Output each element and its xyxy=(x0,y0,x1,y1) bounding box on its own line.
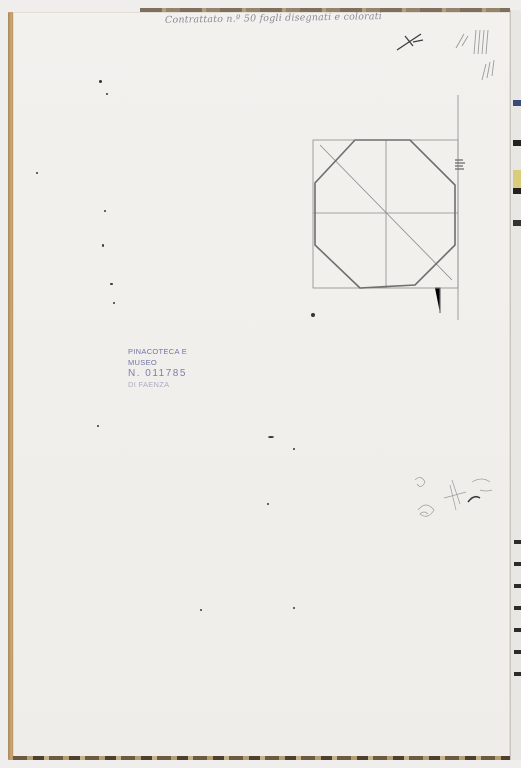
ink-speck xyxy=(113,302,115,304)
ink-speck xyxy=(97,425,99,427)
ink-speck xyxy=(36,172,38,174)
pencil-doodles xyxy=(410,470,510,530)
ink-speck xyxy=(99,80,102,83)
ink-speck xyxy=(267,503,269,505)
ink-speck xyxy=(268,436,274,438)
adjacent-page-artwork xyxy=(513,80,521,280)
sheet-bottom-edge xyxy=(13,756,510,760)
ink-speck xyxy=(104,210,106,212)
ink-speck xyxy=(311,313,315,317)
stamp-line-3: DI FAENZA xyxy=(128,379,208,390)
ink-speck xyxy=(293,448,295,450)
ink-speck xyxy=(102,244,104,247)
ink-speck xyxy=(110,283,113,285)
adjacent-page-marks xyxy=(514,540,521,690)
ink-speck xyxy=(200,609,202,611)
octagon-sketch xyxy=(300,95,470,325)
stamp-inventory-number: N. 011785 xyxy=(128,368,208,379)
museum-stamp: PINACOTECA E MUSEO N. 011785 DI FAENZA xyxy=(128,346,208,390)
adjacent-page-edge xyxy=(510,10,521,760)
ink-speck xyxy=(106,93,108,95)
tally-marks-icon xyxy=(450,24,510,84)
x-mark-icon xyxy=(395,30,425,52)
stamp-line-1: PINACOTECA E MUSEO xyxy=(128,346,208,368)
ink-speck xyxy=(293,607,295,609)
